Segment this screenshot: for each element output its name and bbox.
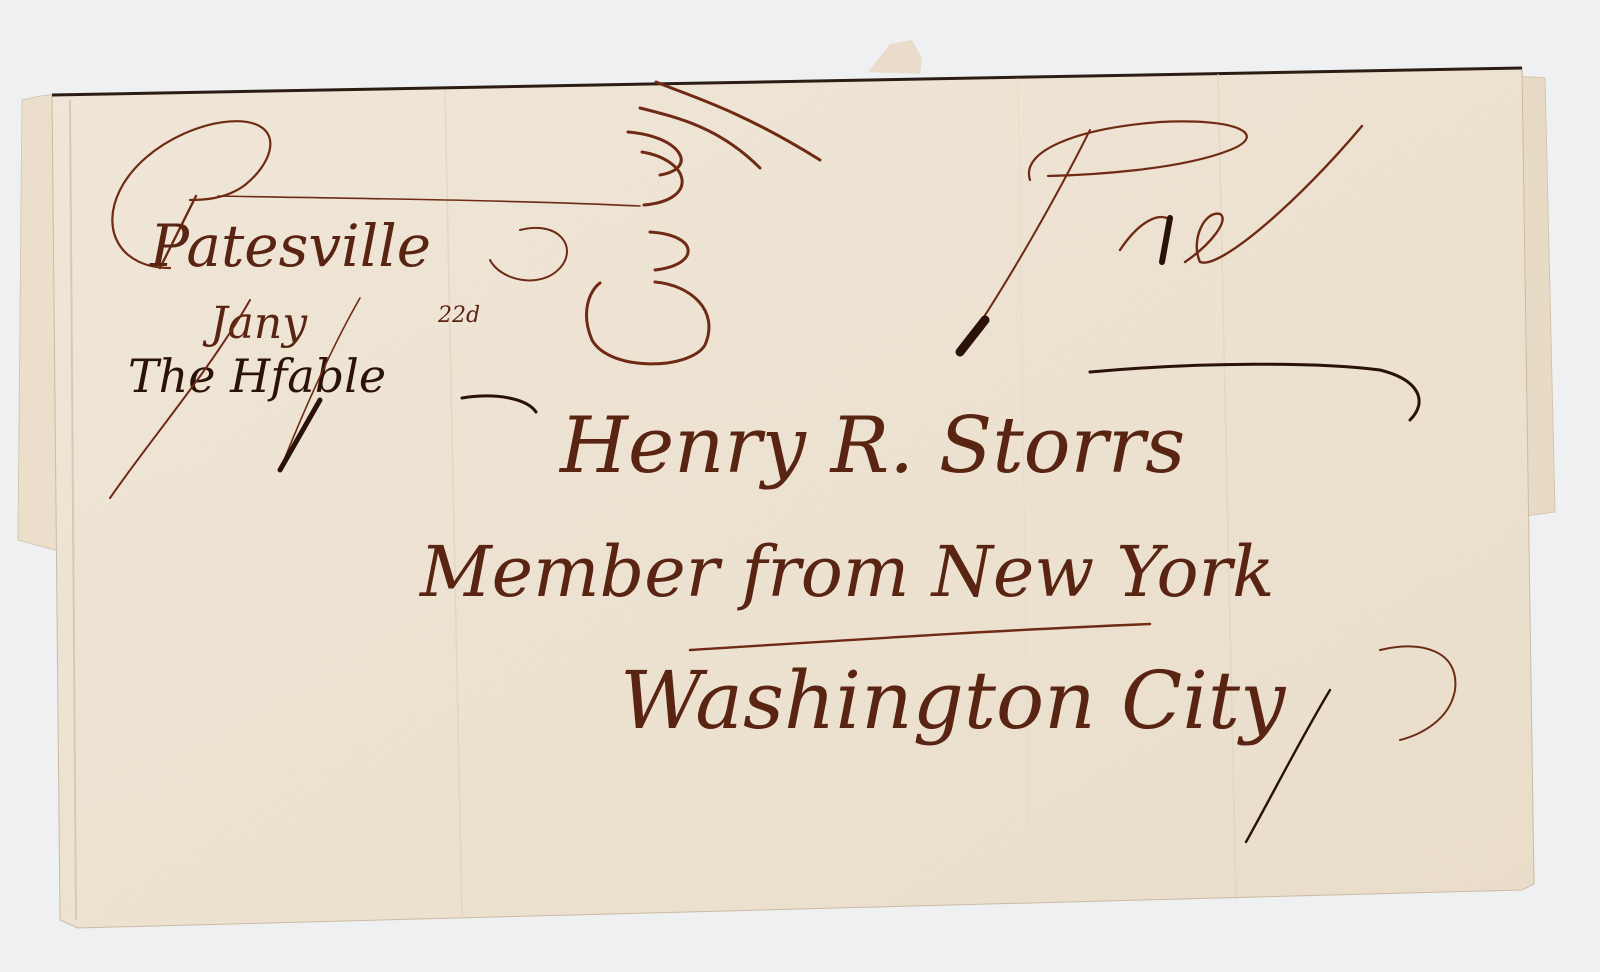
rate-marking-text: Free — [1099, 261, 1103, 263]
letter-cover-scene: Patesville Jany 22d The Hfable M Free He… — [0, 0, 1600, 972]
postmark-day: 22d — [437, 303, 480, 328]
postmark-month: Jany — [202, 298, 308, 349]
address-name: Henry R. Storrs — [558, 401, 1185, 491]
postmark-note: The Hfable — [128, 349, 386, 403]
address-line3: Washington City — [620, 654, 1287, 747]
address-line2: Member from New York — [418, 531, 1275, 613]
torn-paper-tab — [868, 40, 922, 74]
postmark-town: Patesville — [149, 212, 431, 280]
